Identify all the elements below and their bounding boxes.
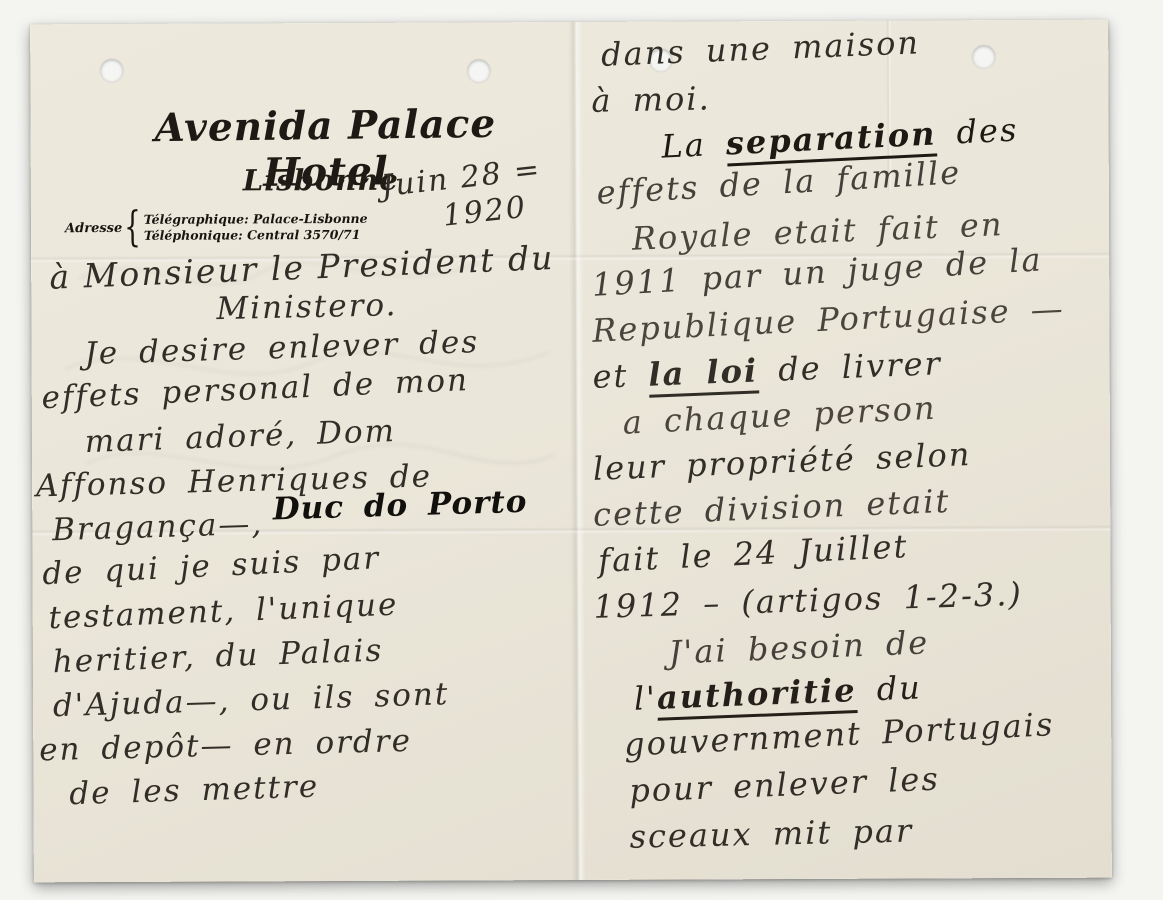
handwriting-line: sceaux mit par: [629, 803, 1108, 859]
telephone-address-line: Téléphonique: Central 3570/71: [144, 227, 368, 244]
text-segment: de livrer: [757, 344, 942, 389]
salutation-line-2: Ministero.: [216, 287, 398, 327]
photo-background: Avenida Palace Hotel Lisbonne Adresse { …: [0, 0, 1163, 900]
text-segment: du: [856, 668, 923, 709]
punch-hole: [467, 59, 490, 82]
right-page-body: dans une maison à moi. La separation des…: [586, 30, 1108, 860]
text-segment: et: [592, 356, 649, 396]
left-page-body: Je desire enlever des effets personal de…: [39, 330, 573, 816]
punch-hole: [100, 59, 123, 82]
address-label: Adresse: [65, 220, 122, 235]
text-segment: La: [661, 125, 727, 166]
letterhead-address-block: Adresse { Télégraphique: Palace-Lisbonne…: [65, 211, 368, 244]
address-brace-glyph: {: [124, 204, 141, 252]
underlined-text: la loi: [648, 351, 759, 397]
text-segment: Bragança—,: [52, 506, 264, 548]
letter-paper: Avenida Palace Hotel Lisbonne Adresse { …: [30, 20, 1112, 883]
telegraph-address-line: Télégraphique: Palace-Lisbonne: [144, 211, 368, 228]
inserted-dark-ink-text: Duc do Porto: [272, 484, 528, 528]
text-segment: l': [633, 679, 658, 718]
